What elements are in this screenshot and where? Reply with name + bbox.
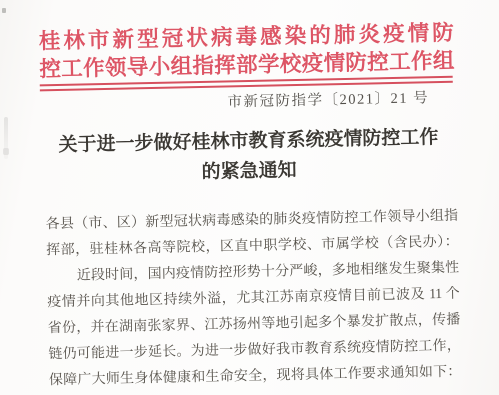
document-number: 市新冠防指学〔2021〕21 号	[227, 86, 429, 111]
document-title: 关于进一步做好桂林市教育系统疫情防控工作 的紧急通知	[41, 123, 457, 192]
document-body-wrapper: 桂林市新型冠状病毒感染的肺炎疫情防 控工作领导小组指挥部学校疫情防控工作组 市新…	[0, 0, 499, 395]
scanned-document-page: 桂林市新型冠状病毒感染的肺炎疫情防 控工作领导小组指挥部学校疫情防控工作组 市新…	[0, 0, 499, 395]
letterhead: 桂林市新型冠状病毒感染的肺炎疫情防 控工作领导小组指挥部学校疫情防控工作组	[39, 19, 455, 84]
body-text: 各县（市、区）新型冠状病毒感染的肺炎疫情防控工作领导小组指 挥部，驻桂林各高等院…	[45, 204, 461, 395]
document-content: 桂林市新型冠状病毒感染的肺炎疫情防 控工作领导小组指挥部学校疫情防控工作组 市新…	[38, 0, 453, 4]
